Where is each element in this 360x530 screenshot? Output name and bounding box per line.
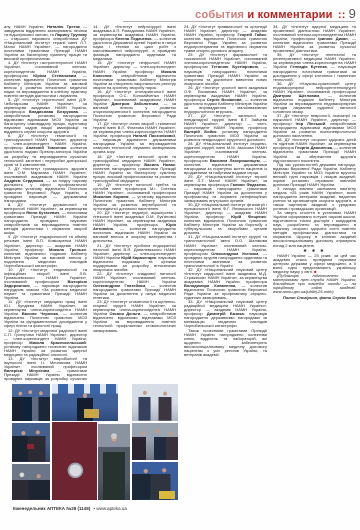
paragraph: 6. ДУ «Інститут гематології та трансфузі… [4,134,87,166]
paragraph: 4. ДУ «Інститут гастроентерології НАМН У… [4,61,87,97]
paragraph: НАМН України — 25 років: за цей час акад… [273,254,356,274]
section-title-light: события [195,9,244,21]
section-title-bold: и комментарии [244,9,332,21]
paragraph: алу НАМН України; Наталію Третяк — завід… [4,25,87,61]
paragraph: 7. ДУ «Інститут громадського здоров'я ім… [4,167,87,203]
paragraph: 18. ДУ «Інститут патології крові та тран… [93,155,176,183]
paragraph: 10. ДУ «Інститут епідеміології та інфекц… [4,268,87,300]
footer-issue: Еженедельник АПТЕКА №28 (1149) [13,506,90,511]
paragraph: 21. ДУ «Інститут проблем ендокринної пат… [93,244,176,272]
paragraph: 20. ДУ «Інститут педіатрії, акушерства і… [93,211,176,243]
paragraph: 27. ДУ «Інститут загальної та невідкладн… [184,114,267,142]
paragraph: 23. ДУ «Інститут стоматології та щелепно… [93,300,176,332]
page-number: 9 [349,6,356,21]
paragraph: 19. ДУ «Інститут патології хребта та суг… [93,183,176,211]
page-footer: Еженедельник АПТЕКА №28 (1149) • www.apt… [13,506,127,511]
footer-site-url: • www.apteka.ua [94,506,127,511]
paragraph: 17. ДУ «Інститут очних хвороб і тканинно… [93,122,176,154]
paragraph: 14. ДУ «Інститут нейрохірургії імені ака… [93,25,176,61]
text-column-3: 24. ДУ «Інститут травматології та ортопе… [184,25,267,471]
paragraph: 33. ДУ «Національний науковий центр раді… [184,300,267,328]
photo-jubilee-medal-closeup [52,422,97,500]
header-rule [123,21,356,22]
photo-award-exchange [132,462,178,500]
paragraph: 13. ДУ «Інститут мікробіології та імунол… [4,357,87,382]
header-separator: :: [335,9,346,21]
paragraph: 11. ДУ «Інститут медицини праці імені Ю.… [4,300,87,328]
paragraph: 32. ДУ «Національний науковий центр «Інс… [184,268,267,300]
photo-handshake-award [132,384,178,421]
photo-award-group [132,423,178,460]
photo-uniformed-officers [12,384,50,421]
paragraph: 9. ДУ «Інститут ендокринології та обміну… [4,235,87,267]
newspaper-page: события и комментарии ::9 алу НАМН Украї… [0,0,360,530]
paragraph: 36. ДУ «Науково-практичний центр ендовас… [273,82,356,114]
photo-veterans-table [12,464,50,500]
paragraph: 8. ДУ «Інститут дерматології та венероло… [4,203,87,235]
paragraph: Під час урочистостей державні нагороди, … [273,163,356,187]
paragraph: За чверть століття в установах НАМН Укра… [273,211,356,247]
photo-award-presentation [12,423,50,462]
paragraph: 22. ДУ «Інститут спадкової патології НАМ… [93,272,176,300]
paragraph: 12. ДУ «Інститут медичної радіології іме… [4,329,87,357]
paragraph: 15. ДУ «Інститут нефрології НАМН України… [93,61,176,89]
paragraph: 28. ДУ «Національний інститут серцево-су… [184,142,267,174]
paragraph: 35. ДУ «Інститут генетичної та регенерат… [273,53,356,81]
paragraph: 31. ДУ «Національний інститут хірургії т… [184,235,267,267]
section-header: события и комментарии ::9 [195,6,356,21]
paragraph: 29. ДУ «Національний інститут терапії ім… [184,175,267,203]
paragraph: Також почесними грамотами Президії НАМН … [184,329,267,357]
editorial-note: (Публікацію підготовлено за матеріалами … [273,274,356,294]
paragraph: 37. ДУ «Інститут неврології, психіатрії … [273,114,356,138]
byline: Пилип Снєгірьов, фото Сергія Бека [273,296,356,300]
paragraph: 34. ДУ «Інститут ядерної медицини та про… [273,25,356,53]
paragraph: 38. ДУ «Інститут охорони здоров'я дітей … [273,138,356,162]
paragraph: 30. ДУ «Національний інститут фтизіатрії… [184,203,267,235]
photo-officer-at-podium [52,384,118,421]
photo-honored-woman [98,424,130,500]
text-column-2: 14. ДУ «Інститут нейрохірургії імені ака… [93,25,176,382]
paragraph: 25. ДУ «Інститут фармакології та токсико… [184,53,267,85]
paragraph: З нагоди ювілею засновано пам'ятну медал… [273,187,356,211]
paragraph: 24. ДУ «Інститут травматології та ортопе… [184,25,267,53]
text-column-4: 34. ДУ «Інститут ядерної медицини та про… [273,25,356,498]
paragraph: 16. ДУ «Інститут отоларингології імені п… [93,90,176,122]
paragraph: 26. ДУ «Інститут урології імені академік… [184,86,267,114]
text-column-1: алу НАМН України; Наталію Третяк — завід… [4,25,87,382]
paragraph: 5. ДУ «Інститут геронтології імені Д.Ф. … [4,98,87,134]
